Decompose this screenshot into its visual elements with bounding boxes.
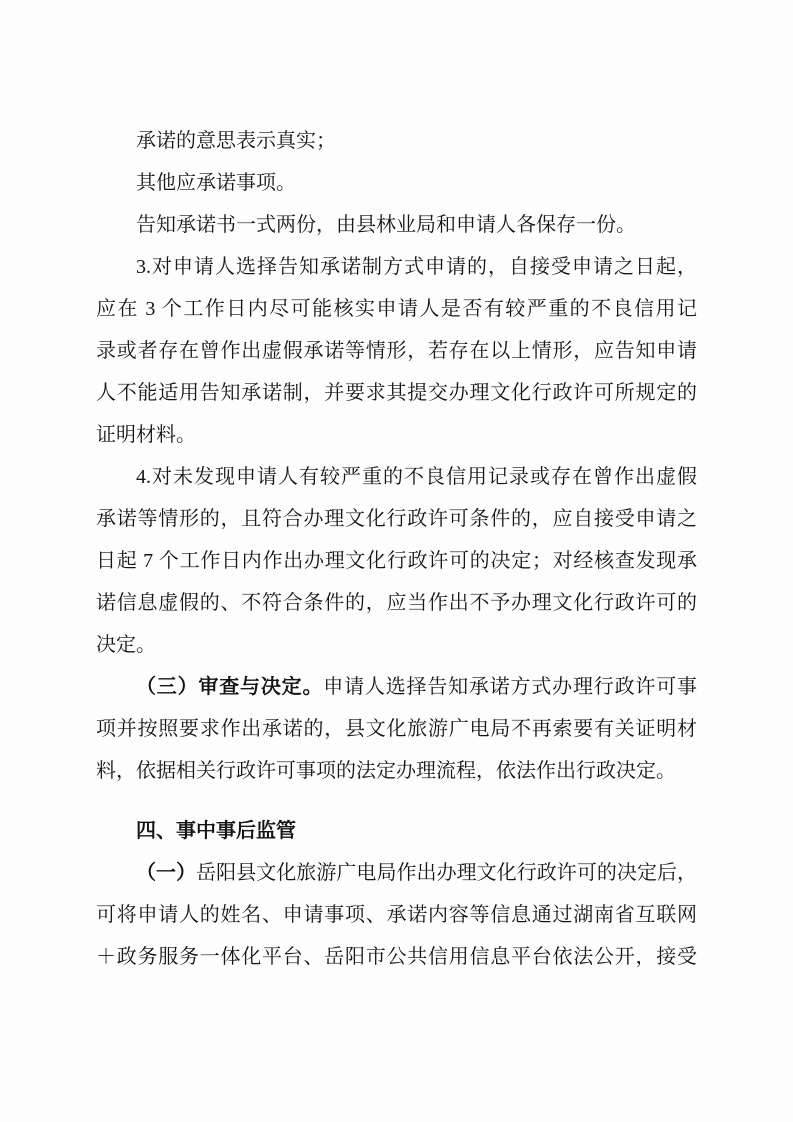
paragraph: 告知承诺书一式两份，由县林业局和申请人各保存一份。 [96,204,697,246]
paragraph: （一）岳阳县文化旅游广电局作出办理文化行政许可的决定后，可将申请人的姓名、申请事… [96,852,697,978]
text-line: 告知承诺书一式两份，由县林业局和申请人各保存一份。 [96,204,697,246]
paragraph: 3.对申请人选择告知承诺制方式申请的，自接受申请之日起，应在 3 个工作日内尽可… [96,246,697,456]
text-line: ＋政务服务一体化平台、岳阳市公共信用信息平台依法公开，接受 [96,936,697,978]
document-body: 承诺的意思表示真实；其他应承诺事项。告知承诺书一式两份，由县林业局和申请人各保存… [96,120,697,978]
text-line: 可将申请人的姓名、申请事项、承诺内容等信息通过湖南省互联网 [96,894,697,936]
text-line: 日起 7 个工作日内作出办理文化行政许可的决定；对经核查发现承 [96,540,697,582]
text-line: 其他应承诺事项。 [96,162,697,204]
text-line: 4.对未发现申请人有较严重的不良信用记录或存在曾作出虚假 [96,456,697,498]
text-line: 承诺的意思表示真实； [96,120,697,162]
paragraph: 承诺的意思表示真实； [96,120,697,162]
text-line: 人不能适用告知承诺制，并要求其提交办理文化行政许可所规定的 [96,372,697,414]
paragraph-lead: （三）审查与决定。 [136,676,323,698]
text-line: 承诺等情形的，且符合办理文化行政许可条件的，应自接受申请之 [96,498,697,540]
text-line: （三）审查与决定。申请人选择告知承诺方式办理行政许可事 [96,666,697,708]
paragraph: 4.对未发现申请人有较严重的不良信用记录或存在曾作出虚假承诺等情形的，且符合办理… [96,456,697,666]
text-line: 项并按照要求作出承诺的，县文化旅游广电局不再索要有关证明材 [96,708,697,750]
document-page: 承诺的意思表示真实；其他应承诺事项。告知承诺书一式两份，由县林业局和申请人各保存… [0,0,793,1122]
text-line: 诺信息虚假的、不符合条件的，应当作出不予办理文化行政许可的 [96,582,697,624]
text-line: （一）岳阳县文化旅游广电局作出办理文化行政许可的决定后， [96,852,697,894]
text-line: 料，依据相关行政许可事项的法定办理流程，依法作出行政决定。 [96,750,697,792]
text-line: 录或者存在曾作出虚假承诺等情形，若存在以上情形，应告知申请 [96,330,697,372]
text-line: 3.对申请人选择告知承诺制方式申请的，自接受申请之日起， [96,246,697,288]
text-line: 决定。 [96,624,697,666]
paragraph: （三）审查与决定。申请人选择告知承诺方式办理行政许可事项并按照要求作出承诺的，县… [96,666,697,792]
section-heading: 四、事中事后监管 [96,810,697,852]
text-line: 应在 3 个工作日内尽可能核实申请人是否有较严重的不良信用记 [96,288,697,330]
paragraph: 其他应承诺事项。 [96,162,697,204]
text-line: 四、事中事后监管 [96,810,697,852]
paragraph-lead: （一） [136,862,196,884]
text-line: 证明材料。 [96,414,697,456]
